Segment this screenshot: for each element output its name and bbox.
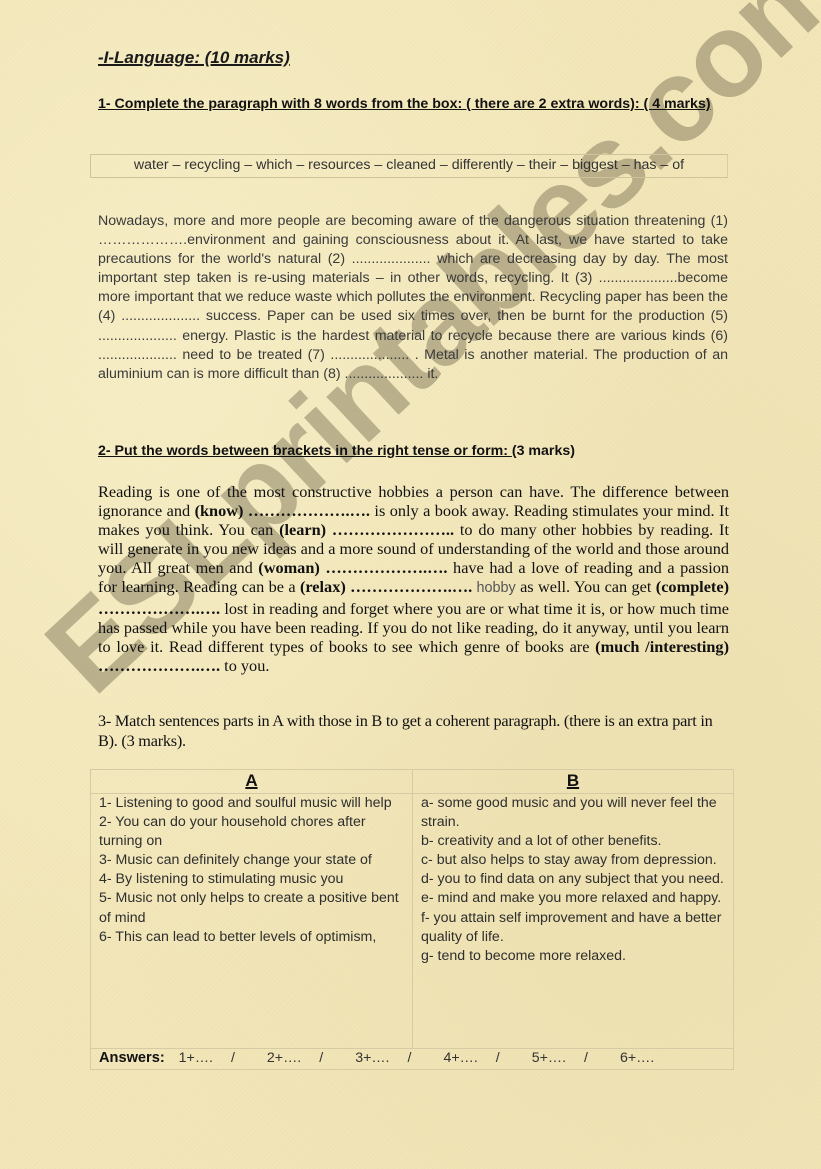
sentence-part-b: c- but also helps to stay away from depr… (421, 851, 725, 870)
sentence-part-b: d- you to find data on any subject that … (421, 870, 725, 889)
sentence-part-b: e- mind and make you more relaxed and ha… (421, 889, 725, 908)
verb-prompt-blank: (woman) ……………….…. (258, 558, 447, 577)
answer-slot[interactable]: 1+…. (179, 1049, 213, 1068)
sentence-part-a: 2- You can do your household chores afte… (99, 813, 404, 851)
sentence-part-b: f- you attain self improvement and have … (421, 909, 725, 947)
question-3-title: 3- Match sentences parts in A with those… (98, 711, 729, 750)
column-a-header: A (91, 770, 413, 794)
answer-slot[interactable]: 3+…. (355, 1049, 389, 1068)
sentence-part-a: 3- Music can definitely change your stat… (99, 851, 404, 870)
word-box: water – recycling – which – resources – … (90, 154, 728, 178)
verb-prompt-blank: (relax) ……………….…. (300, 577, 472, 596)
answer-separator: / (496, 1049, 500, 1068)
paragraph-text: as well. You can get (516, 577, 656, 596)
sentence-part-a: 5- Music not only helps to create a posi… (99, 889, 404, 927)
column-b-items: a- some good music and you will never fe… (412, 794, 733, 1049)
column-b-header: B (412, 770, 733, 794)
answers-cell: Answers: 1+…./2+…./3+…./4+…./5+…./6+…. (91, 1049, 734, 1070)
question-1-paragraph: Nowadays, more and more people are becom… (98, 212, 728, 384)
answer-slot[interactable]: 4+…. (443, 1049, 477, 1068)
matching-table: A B 1- Listening to good and soulful mus… (90, 769, 734, 1070)
section-title: -I-Language: (10 marks) (98, 48, 290, 68)
question-1-title: 1- Complete the paragraph with 8 words f… (98, 95, 729, 114)
sentence-part-a: 4- By listening to stimulating music you (99, 870, 404, 889)
question-2-title-text: 2- Put the words between brackets in the… (98, 443, 512, 459)
paragraph-word: hobby (472, 580, 516, 596)
sentence-part-a: 6- This can lead to better levels of opt… (99, 928, 404, 947)
sentence-part-b: g- tend to become more relaxed. (421, 947, 725, 966)
table-header-row: A B (91, 770, 734, 794)
question-2-paragraph: Reading is one of the most constructive … (98, 482, 729, 675)
verb-prompt-blank: (know) ……………….…. (195, 501, 370, 520)
question-2-title: 2- Put the words between brackets in the… (98, 442, 729, 461)
sentence-part-b: b- creativity and a lot of other benefit… (421, 832, 725, 851)
answer-separator: / (408, 1049, 412, 1068)
answer-slot[interactable]: 6+…. (620, 1049, 654, 1068)
answer-separator: / (584, 1049, 588, 1068)
table-items-row: 1- Listening to good and soulful music w… (91, 794, 734, 1049)
answer-separator: / (319, 1049, 323, 1068)
answer-slot[interactable]: 2+…. (267, 1049, 301, 1068)
column-a-items: 1- Listening to good and soulful music w… (91, 794, 413, 1049)
answers-row: Answers: 1+…./2+…./3+…./4+…./5+…./6+…. (91, 1049, 734, 1070)
question-2-marks: (3 marks) (512, 443, 575, 459)
paragraph-text: to you. (220, 656, 269, 675)
answer-separator: / (231, 1049, 235, 1068)
sentence-part-b: a- some good music and you will never fe… (421, 794, 725, 832)
answer-slot[interactable]: 5+…. (532, 1049, 566, 1068)
question-1-title-text: 1- Complete the paragraph with 8 words f… (98, 96, 711, 112)
sentence-part-a: 1- Listening to good and soulful music w… (99, 794, 404, 813)
answers-label: Answers: (99, 1050, 165, 1066)
verb-prompt-blank: (learn) ………………….. (279, 520, 454, 539)
